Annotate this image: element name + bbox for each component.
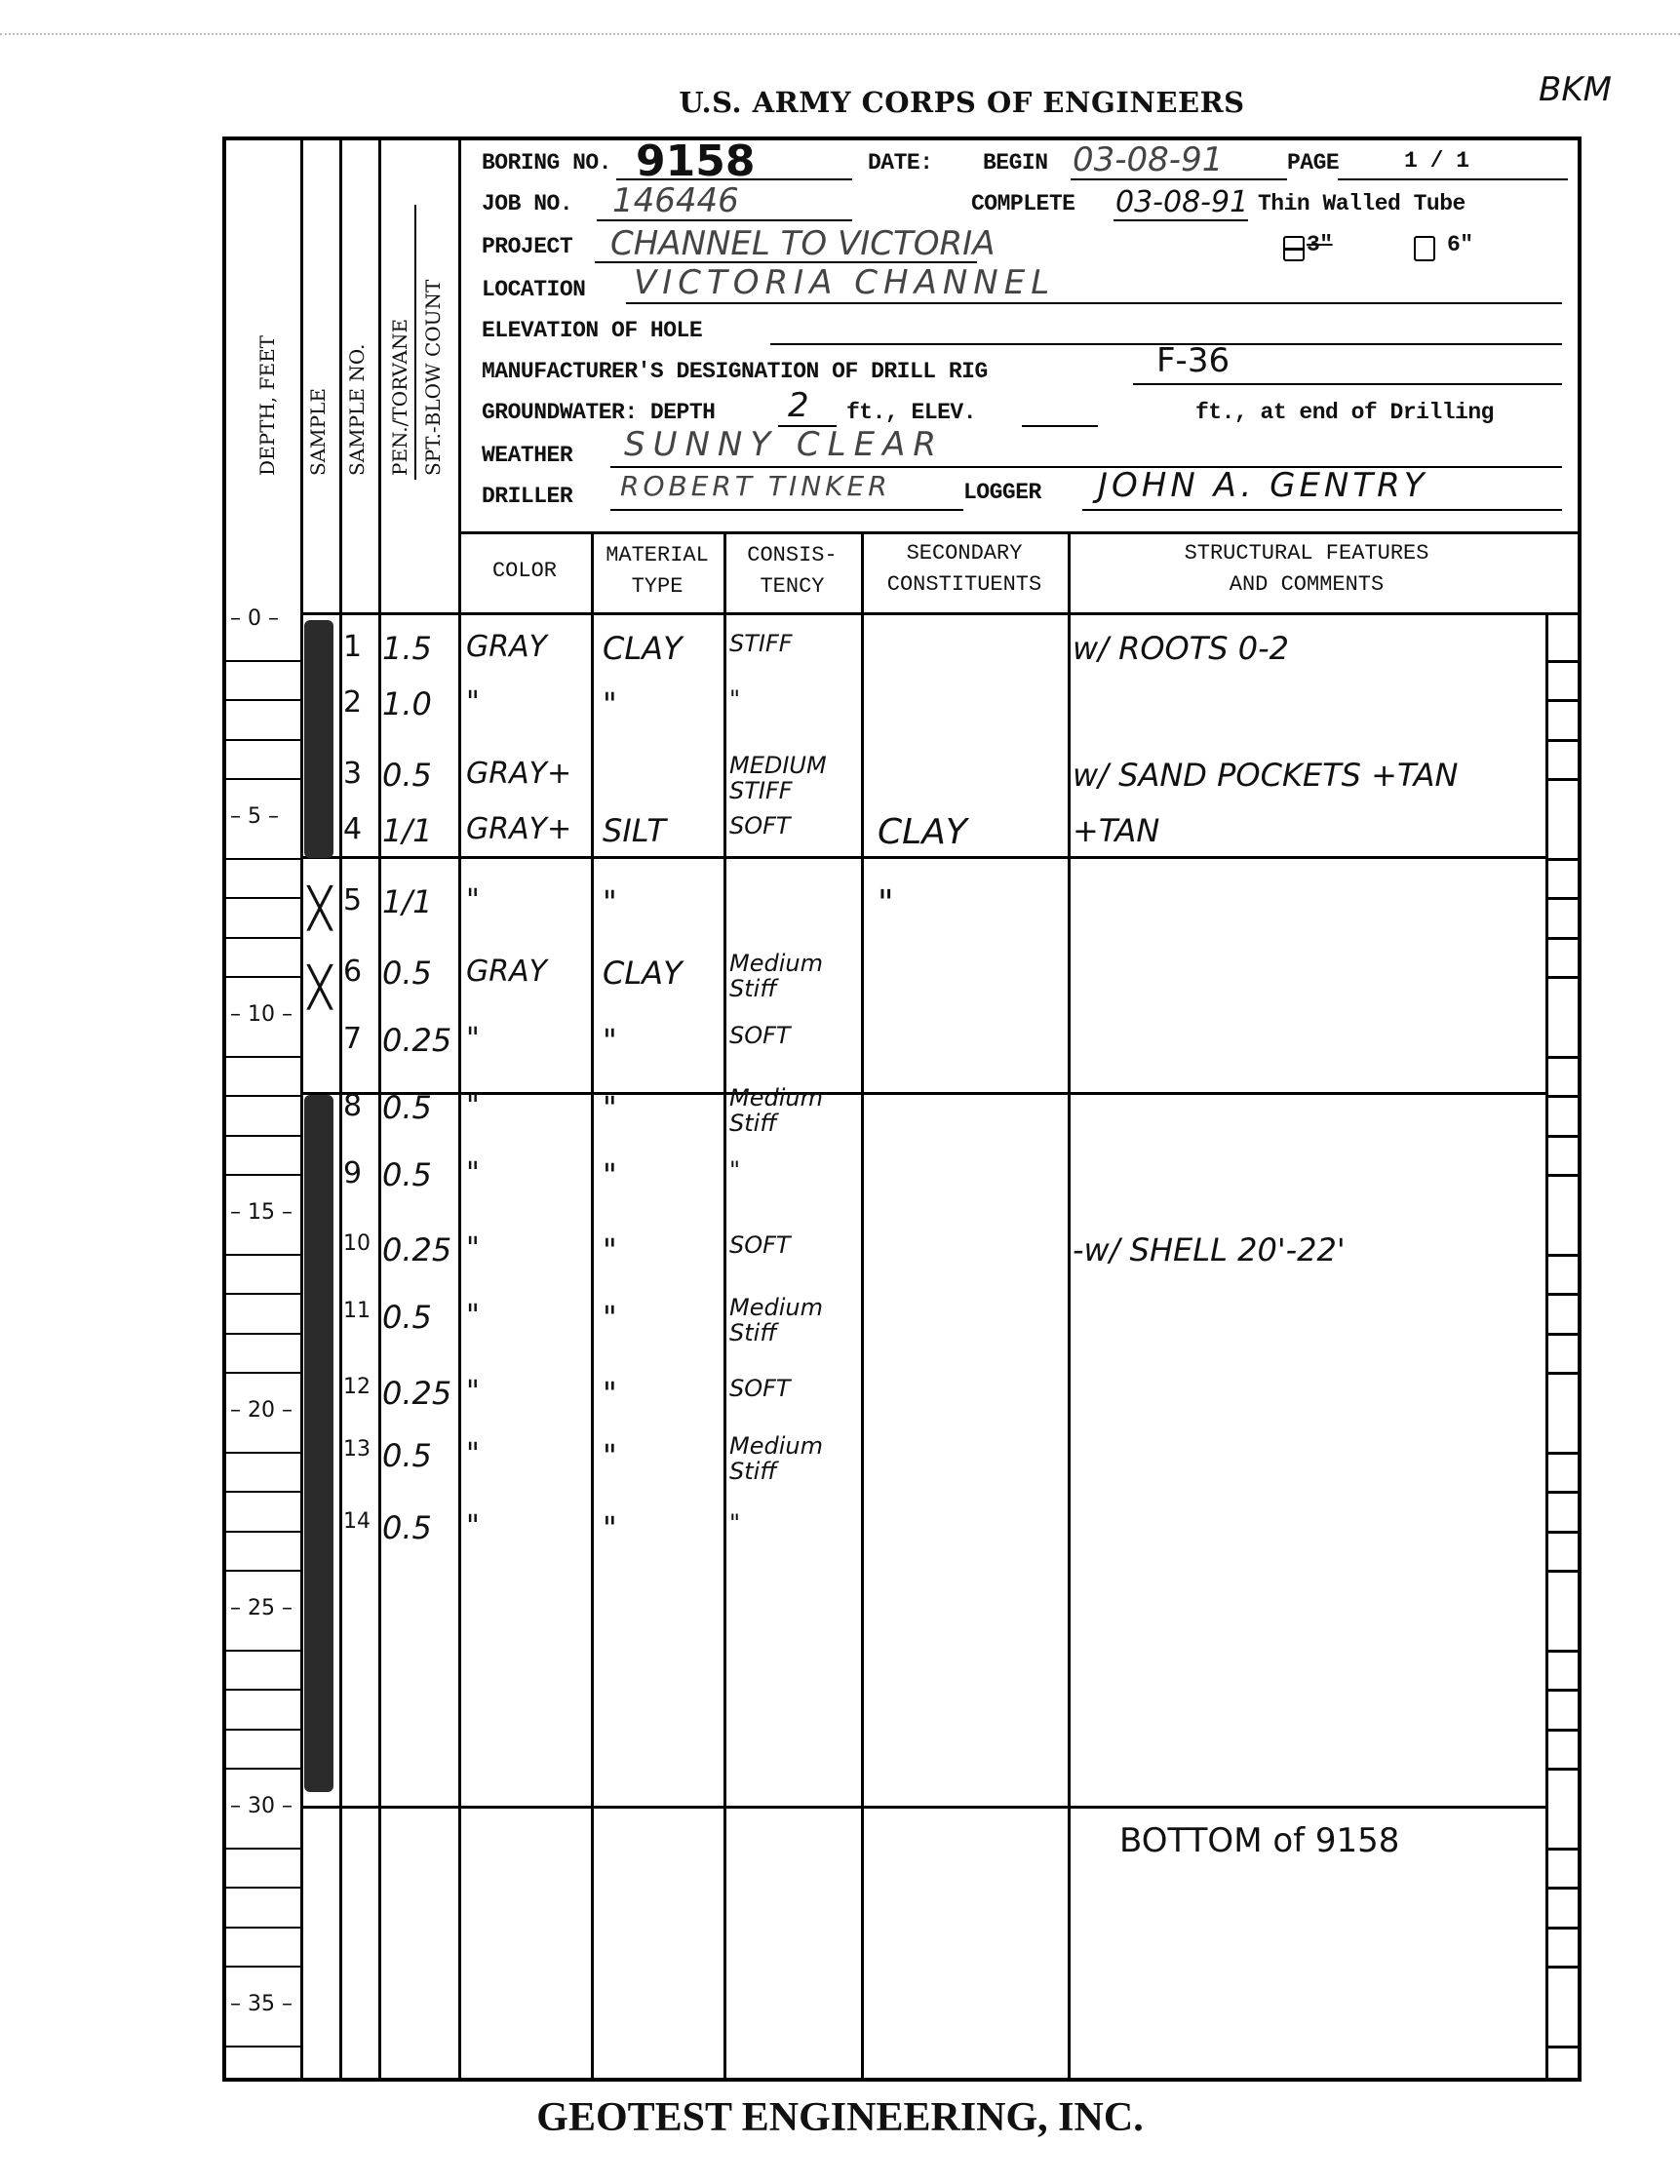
right-scale-tick	[1548, 1056, 1578, 1059]
logger-value[interactable]: JOHN A. GENTRY	[1098, 466, 1428, 505]
color-cell[interactable]: "	[466, 685, 480, 720]
consistency-cell[interactable]: Medium Stiff	[729, 951, 856, 1001]
sampler-3in-checkbox[interactable]	[1283, 236, 1305, 261]
end-of-drilling-label: ft., at end of Drilling	[1195, 400, 1494, 425]
depth-minor-tick	[226, 1452, 300, 1454]
col-secondary-header: SECONDARYCONSTITUENTS	[861, 538, 1068, 601]
material-cell[interactable]: "	[603, 1089, 617, 1126]
color-cell[interactable]: "	[466, 1437, 480, 1471]
depth-tick-label: – 35 –	[230, 1992, 293, 2016]
secondary-cell[interactable]: CLAY	[878, 812, 967, 852]
divider	[723, 531, 726, 2082]
complete-label: COMPLETE	[971, 191, 1074, 216]
right-scale-tick	[1548, 1768, 1578, 1771]
col-structural-label-2: AND COMMENTS	[1068, 569, 1545, 601]
color-cell[interactable]: "	[466, 1299, 480, 1333]
pen-torvane-cell[interactable]: 1/1	[382, 883, 433, 920]
fraction-bar	[414, 205, 416, 480]
sampler-type-label: Thin Walled Tube	[1258, 191, 1465, 216]
depth-minor-tick	[226, 1966, 300, 1968]
right-scale-tick	[1548, 1689, 1578, 1692]
pen-torvane-cell[interactable]: 1/1	[382, 812, 433, 849]
depth-minor-tick	[226, 1887, 300, 1889]
stratum-boundary	[300, 856, 1548, 859]
right-scale-tick	[1548, 858, 1578, 861]
depth-minor-tick	[226, 897, 300, 899]
color-cell[interactable]: GRAY	[466, 955, 547, 989]
depth-tick-label: – 0 –	[230, 606, 279, 631]
driller-line	[610, 509, 963, 511]
job-no-label: JOB NO.	[482, 191, 572, 216]
sample-no-cell[interactable]: 6	[343, 955, 362, 989]
right-scale-tick	[1548, 976, 1578, 979]
drill-rig-line	[1133, 383, 1562, 385]
right-scale-tick	[1548, 1174, 1578, 1177]
right-scale-tick	[1548, 1966, 1578, 1969]
elevation-label: ELEVATION OF HOLE	[482, 318, 702, 343]
col-depth-header: DEPTH, FEET	[255, 335, 279, 476]
spt-sample-mark: ╳	[303, 881, 336, 936]
color-cell[interactable]: GRAY	[466, 630, 547, 664]
project-label: PROJECT	[482, 234, 572, 259]
divider	[861, 531, 864, 2082]
sample-no-cell[interactable]: 14	[343, 1509, 371, 1534]
material-cell[interactable]: "	[603, 1299, 617, 1336]
comments-cell[interactable]: -w/ SHELL 20'-22'	[1073, 1231, 1346, 1268]
tube-sample-interval	[304, 1095, 333, 1792]
divider	[378, 136, 381, 2082]
sample-no-cell[interactable]: 1	[343, 630, 362, 664]
right-scale-tick	[1548, 1491, 1578, 1494]
page-value[interactable]: 1 / 1	[1404, 148, 1469, 174]
right-scale-tick	[1548, 1531, 1578, 1534]
depth-tick-label: – 25 –	[230, 1596, 293, 1620]
right-scale-tick	[1548, 1333, 1578, 1336]
col-color-header: COLOR	[458, 556, 591, 587]
right-scale-tick	[1548, 897, 1578, 900]
sample-no-cell[interactable]: 12	[343, 1375, 371, 1399]
right-scale-tick	[1548, 1254, 1578, 1257]
depth-tick-label: – 15 –	[230, 1200, 293, 1225]
right-scale-tick	[1548, 660, 1578, 663]
material-cell[interactable]: CLAY	[603, 955, 683, 992]
right-scale-tick	[1548, 1293, 1578, 1296]
location-line	[626, 302, 1562, 304]
depth-minor-tick	[226, 660, 300, 662]
divider	[458, 136, 461, 2082]
depth-minor-tick	[226, 858, 300, 860]
right-scale-tick	[1548, 739, 1578, 742]
depth-minor-tick	[226, 1689, 300, 1691]
consistency-cell[interactable]: "	[729, 685, 740, 713]
complete-date-value[interactable]: 03-08-91	[1115, 185, 1248, 219]
pen-torvane-cell[interactable]: 1.5	[382, 630, 432, 667]
groundwater-elev-label: ft., ELEV.	[846, 400, 976, 425]
col-structural-label-1: STRUCTURAL FEATURES	[1068, 538, 1545, 569]
consistency-cell[interactable]: "	[729, 1156, 740, 1184]
divider	[339, 136, 342, 2082]
divider	[1545, 612, 1548, 2082]
depth-minor-tick	[226, 1254, 300, 1256]
consistency-cell[interactable]: Medium Stiff	[729, 1433, 856, 1484]
boring-no-value[interactable]: 9158	[636, 136, 755, 186]
pen-torvane-cell[interactable]: 0.25	[382, 1375, 451, 1412]
sample-no-cell[interactable]: 4	[343, 812, 362, 846]
depth-minor-tick	[226, 1531, 300, 1533]
depth-tick-label: – 5 –	[230, 804, 279, 829]
column-header-bottom-rule	[300, 612, 1582, 615]
col-spt-blow-header: SPT.-BLOW COUNT	[421, 280, 445, 476]
sample-no-cell[interactable]: 9	[343, 1156, 362, 1190]
scan-top-rule	[0, 33, 1680, 35]
material-cell[interactable]: "	[603, 685, 617, 722]
col-pen-torvane-header: PEN./TORVANE	[388, 319, 411, 476]
depth-minor-tick	[226, 937, 300, 939]
divider	[1068, 531, 1071, 2082]
location-value[interactable]: VICTORIA CHANNEL	[634, 263, 1055, 302]
col-secondary-label-1: SECONDARY	[861, 538, 1068, 569]
depth-minor-tick	[226, 2046, 300, 2047]
col-material-header: MATERIALTYPE	[591, 540, 723, 603]
depth-tick-label: – 30 –	[230, 1794, 293, 1818]
location-label: LOCATION	[482, 277, 585, 302]
consistency-cell[interactable]: "	[729, 1509, 740, 1537]
consistency-cell[interactable]: MEDIUM STIFF	[729, 753, 856, 803]
sampler-6in-label: 6"	[1447, 232, 1473, 257]
depth-minor-tick	[226, 1293, 300, 1295]
drill-rig-value[interactable]: F-36	[1156, 341, 1230, 380]
sample-no-cell[interactable]: 2	[343, 685, 362, 720]
pen-torvane-cell[interactable]: 0.5	[382, 955, 432, 992]
begin-label: BEGIN	[983, 150, 1048, 175]
page-line	[1338, 178, 1568, 180]
tube-sample-interval	[304, 620, 333, 858]
pen-torvane-cell[interactable]: 0.5	[382, 757, 432, 794]
secondary-cell[interactable]: "	[878, 883, 894, 923]
color-cell[interactable]: GRAY+	[466, 812, 571, 846]
right-scale-tick	[1548, 1729, 1578, 1732]
col-color-label: COLOR	[492, 559, 557, 583]
consistency-cell[interactable]: SOFT	[729, 1375, 791, 1402]
material-cell[interactable]: "	[603, 1231, 617, 1268]
depth-minor-tick	[226, 1095, 300, 1097]
material-cell[interactable]: "	[603, 1156, 617, 1193]
color-cell[interactable]: "	[466, 1509, 480, 1543]
right-scale-tick	[1548, 1372, 1578, 1375]
consistency-cell[interactable]: STIFF	[729, 630, 793, 657]
col-material-label-2: TYPE	[591, 571, 723, 603]
sample-no-cell[interactable]: 3	[343, 757, 362, 791]
depth-minor-tick	[226, 1927, 300, 1929]
material-cell[interactable]: "	[603, 1375, 617, 1412]
weather-value[interactable]: SUNNY CLEAR	[624, 425, 944, 464]
company-footer: GEOTEST ENGINEERING, INC.	[0, 2094, 1680, 2141]
right-scale-tick	[1548, 778, 1578, 781]
depth-minor-tick	[226, 1372, 300, 1374]
color-cell[interactable]: "	[466, 883, 480, 917]
depth-minor-tick	[226, 976, 300, 978]
col-consistency-label-2: TENCY	[723, 571, 861, 603]
color-cell[interactable]: "	[466, 1089, 480, 1123]
sample-no-cell[interactable]: 11	[343, 1299, 371, 1323]
pen-torvane-cell[interactable]: 1.0	[382, 685, 432, 722]
depth-minor-tick	[226, 1768, 300, 1770]
bottom-of-boring-note: BOTTOM of 9158	[1119, 1821, 1399, 1860]
depth-minor-tick	[226, 1570, 300, 1572]
right-scale-tick	[1548, 937, 1578, 940]
boring-no-label: BORING NO.	[482, 150, 611, 175]
pen-torvane-cell[interactable]: 0.5	[382, 1299, 432, 1336]
spt-sample-mark: ╳	[303, 960, 336, 1015]
right-scale-tick	[1548, 1095, 1578, 1098]
right-scale-tick	[1548, 1570, 1578, 1573]
col-sample-no-header: SAMPLE NO.	[345, 344, 369, 476]
divider	[300, 136, 303, 2082]
depth-minor-tick	[226, 1174, 300, 1176]
consistency-cell[interactable]: Medium Stiff	[729, 1295, 856, 1345]
pen-torvane-cell[interactable]: 0.5	[382, 1089, 432, 1126]
depth-minor-tick	[226, 1135, 300, 1137]
col-consistency-label-1: CONSIS-	[723, 540, 861, 571]
pen-torvane-cell[interactable]: 0.5	[382, 1156, 432, 1193]
job-no-value[interactable]: 146446	[612, 181, 739, 220]
pen-torvane-cell[interactable]: 0.25	[382, 1231, 451, 1268]
right-scale-tick	[1548, 1452, 1578, 1455]
right-scale-tick	[1548, 1650, 1578, 1653]
pen-torvane-cell[interactable]: 0.5	[382, 1437, 432, 1474]
comments-cell[interactable]: +TAN	[1073, 812, 1159, 849]
begin-date-value[interactable]: 03-08-91	[1073, 140, 1223, 179]
material-cell[interactable]: "	[603, 1437, 617, 1474]
col-consistency-header: CONSIS-TENCY	[723, 540, 861, 603]
material-cell[interactable]: "	[603, 1509, 617, 1546]
divider	[591, 531, 594, 2082]
depth-minor-tick	[226, 1848, 300, 1850]
consistency-cell[interactable]: SOFT	[729, 1022, 791, 1049]
depth-minor-tick	[226, 1491, 300, 1493]
col-secondary-label-2: CONSTITUENTS	[861, 569, 1068, 601]
driller-value[interactable]: ROBERT TINKER	[620, 470, 891, 502]
depth-tick-label: – 10 –	[230, 1002, 293, 1027]
groundwater-elev-line	[1022, 425, 1098, 427]
depth-minor-tick	[226, 699, 300, 701]
sample-no-cell[interactable]: 13	[343, 1437, 371, 1462]
driller-label: DRILLER	[482, 484, 572, 509]
header-bottom-rule	[458, 531, 1582, 534]
agency-title: U.S. ARMY CORPS OF ENGINEERS	[0, 86, 1680, 119]
pen-torvane-cell[interactable]: 0.5	[382, 1509, 432, 1546]
consistency-cell[interactable]: SOFT	[729, 812, 791, 839]
date-label: DATE:	[868, 150, 933, 175]
depth-minor-tick	[226, 1729, 300, 1731]
complete-line	[1113, 219, 1248, 221]
material-cell[interactable]: CLAY	[603, 630, 683, 667]
sampler-3in-label: 3"	[1307, 232, 1333, 257]
pen-torvane-cell[interactable]: 0.25	[382, 1022, 451, 1059]
stratum-boundary	[300, 1806, 1548, 1809]
groundwater-depth-value[interactable]: 2	[788, 386, 809, 425]
material-cell[interactable]: SILT	[603, 812, 666, 849]
weather-label: WEATHER	[482, 443, 572, 468]
project-value[interactable]: CHANNEL TO VICTORIA	[610, 224, 995, 263]
right-scale-tick	[1548, 2046, 1578, 2048]
right-scale-tick	[1548, 1135, 1578, 1138]
depth-minor-tick	[226, 1650, 300, 1652]
sample-no-cell[interactable]: 10	[343, 1231, 371, 1256]
depth-minor-tick	[226, 739, 300, 741]
sample-no-cell[interactable]: 7	[343, 1022, 362, 1056]
color-cell[interactable]: "	[466, 1156, 480, 1190]
col-structural-header: STRUCTURAL FEATURESAND COMMENTS	[1068, 538, 1545, 601]
comments-cell[interactable]: w/ ROOTS 0-2	[1073, 630, 1289, 667]
right-scale-tick	[1548, 1927, 1578, 1930]
depth-tick-label: – 20 –	[230, 1398, 293, 1423]
col-material-label-1: MATERIAL	[591, 540, 723, 571]
depth-minor-tick	[226, 1333, 300, 1335]
color-cell[interactable]: "	[466, 1022, 480, 1056]
sampler-6in-checkbox[interactable]	[1414, 236, 1435, 261]
stratum-boundary	[300, 1092, 1548, 1095]
consistency-cell[interactable]: Medium Stiff	[729, 1085, 856, 1136]
right-scale-tick	[1548, 1848, 1578, 1851]
material-cell[interactable]: "	[603, 883, 617, 920]
sample-no-cell[interactable]: 8	[343, 1089, 362, 1123]
logger-line	[1082, 509, 1562, 511]
comments-cell[interactable]: w/ SAND POCKETS +TAN	[1073, 757, 1458, 794]
depth-minor-tick	[226, 1056, 300, 1058]
depth-minor-tick	[226, 778, 300, 780]
sample-no-cell[interactable]: 5	[343, 883, 362, 917]
right-scale-tick	[1548, 1887, 1578, 1890]
col-sample-header: SAMPLE	[306, 388, 330, 476]
groundwater-depth-label: GROUNDWATER: DEPTH	[482, 400, 715, 425]
right-scale-tick	[1548, 699, 1578, 702]
page-label: PAGE	[1287, 150, 1339, 175]
corner-initials: BKM	[1539, 70, 1612, 109]
color-cell[interactable]: "	[466, 1375, 480, 1409]
logger-label: LOGGER	[963, 480, 1041, 505]
material-cell[interactable]: "	[603, 1022, 617, 1059]
color-cell[interactable]: GRAY+	[466, 757, 571, 791]
color-cell[interactable]: "	[466, 1231, 480, 1266]
drill-rig-label: MANUFACTURER'S DESIGNATION OF DRILL RIG	[482, 359, 988, 384]
consistency-cell[interactable]: SOFT	[729, 1231, 791, 1259]
